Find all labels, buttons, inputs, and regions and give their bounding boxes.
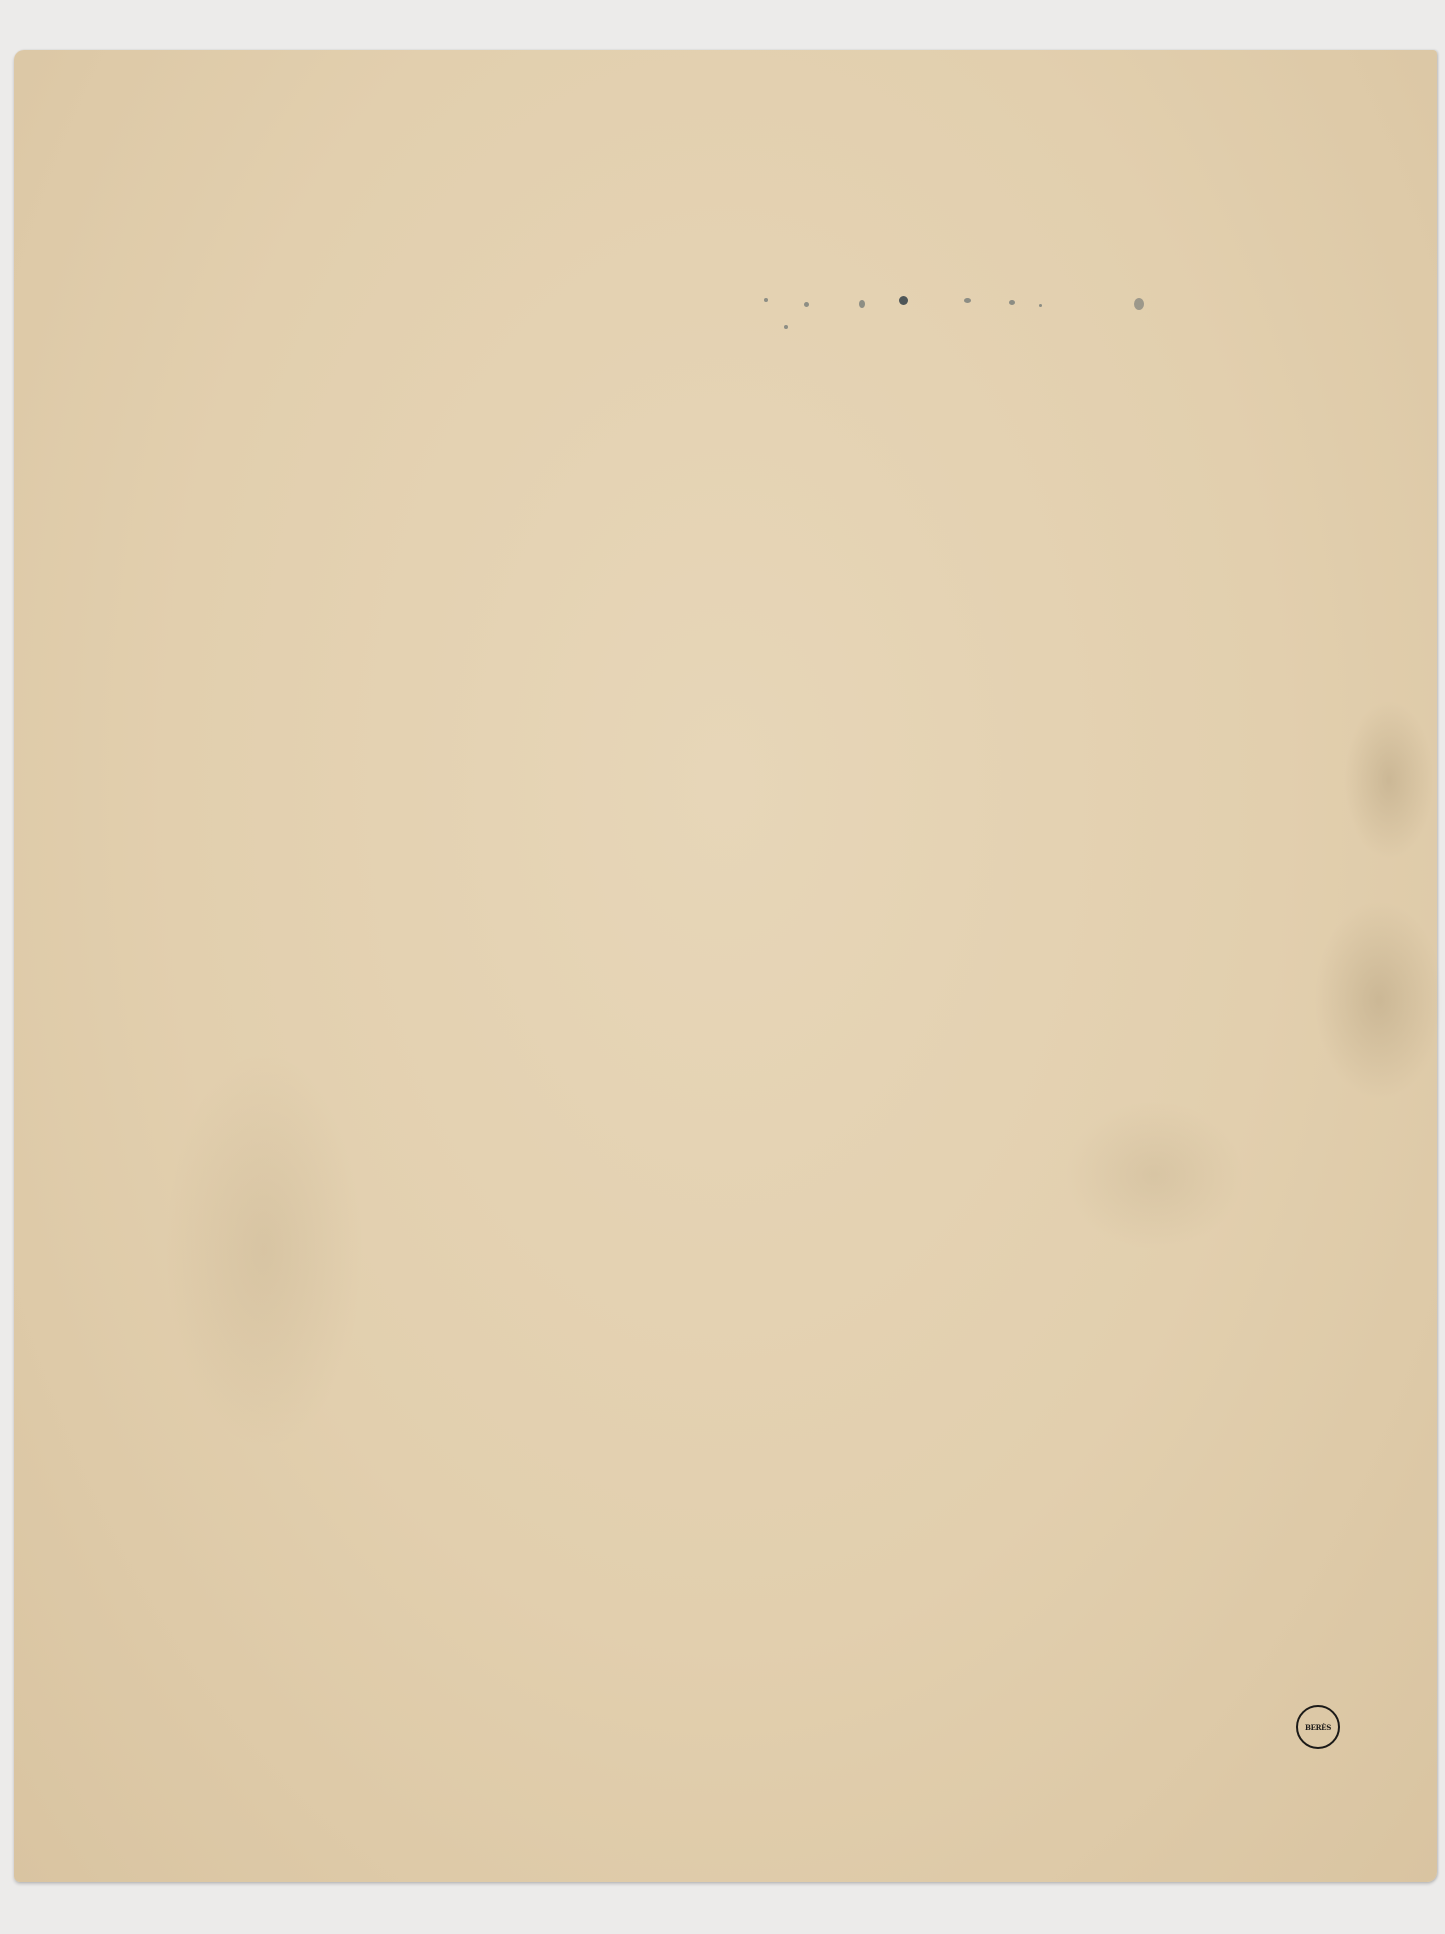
foxing-stain xyxy=(1064,1100,1244,1250)
foxing-stain xyxy=(1344,700,1434,860)
paper-sheet xyxy=(14,50,1437,1882)
stamp-text: BERÈS xyxy=(1305,1723,1331,1732)
collector-stamp: BERÈS xyxy=(1296,1705,1340,1749)
foxing-stain xyxy=(164,1050,364,1450)
ink-bleed-through xyxy=(654,290,1234,340)
foxing-stain xyxy=(1314,900,1444,1100)
